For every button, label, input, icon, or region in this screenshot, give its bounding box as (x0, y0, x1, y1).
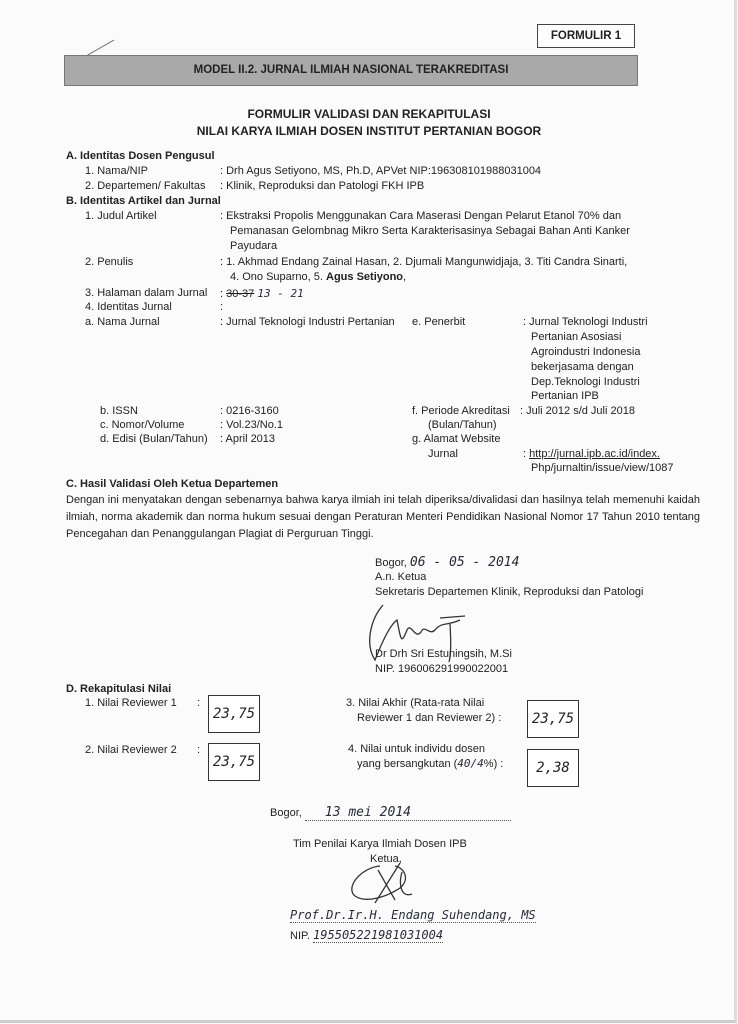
footer-date-line: Bogor, 13 mei 2014 (270, 805, 511, 821)
judul-label: 1. Judul Artikel (85, 210, 157, 222)
halaman-colon: : (220, 288, 223, 300)
footer-place: Bogor, (270, 807, 302, 819)
reviewer2-colon: : (197, 744, 200, 756)
individu-fraction: 40/4 (457, 757, 484, 770)
website-label: g. Alamat Website (412, 433, 500, 445)
section-c-heading: C. Hasil Validasi Oleh Ketua Departemen (66, 478, 278, 490)
nilai-akhir-score: 23,75 (527, 700, 579, 738)
validator-nip: NIP. 196006291990022001 (375, 663, 508, 675)
halaman-label: 3. Halaman dalam Jurnal (85, 287, 207, 299)
section-a-heading: A. Identitas Dosen Pengusul (66, 150, 215, 162)
edisi-label: d. Edisi (Bulan/Tahun) (100, 433, 208, 445)
document-title: FORMULIR VALIDASI DAN REKAPITULASI (0, 107, 738, 121)
reviewer2-score: 23,75 (208, 743, 260, 781)
form-number-label: FORMULIR 1 (537, 24, 635, 48)
departemen-label: 2. Departemen/ Fakultas (85, 180, 205, 192)
document-page: FORMULIR 1 MODEL II.2. JURNAL ILMIAH NAS… (0, 0, 737, 1023)
individu-suffix: %) : (484, 758, 504, 770)
nilai-akhir-label-1: 3. Nilai Akhir (Rata-rata Nilai (346, 697, 484, 709)
departemen-value: : Klinik, Reproduksi dan Patologi FKH IP… (220, 180, 424, 192)
section-b-heading: B. Identitas Artikel dan Jurnal (66, 195, 221, 207)
judul-line-3: Payudara (230, 240, 277, 252)
ketua-nip-prefix: NIP. (290, 930, 310, 942)
judul-line-1: : Ekstraksi Propolis Menggunakan Cara Ma… (220, 210, 621, 222)
ketua-signature-icon (340, 858, 450, 908)
identitas-colon: : (220, 301, 223, 313)
nilai-individu-label-2: yang bersangkutan (40/4%) : (357, 757, 503, 770)
nama-nip-label: 1. Nama/NIP (85, 165, 148, 177)
nama-nip-value: : Drh Agus Setiyono, MS, Ph.D, APVet NIP… (220, 165, 541, 177)
penerbit-line-3: Agroindustri Indonesia (531, 346, 640, 358)
an-ketua: A.n. Ketua (375, 571, 426, 583)
ketua-nip-value: 195505221981031004 (313, 928, 443, 943)
website-line-2: Php/jurnaltin/issue/view/1087 (531, 462, 673, 474)
penulis-prefix: 4. Ono Suparno, 5. (230, 271, 326, 283)
penerbit-line-2: Pertanian Asosiasi (531, 331, 622, 343)
penulis-highlight: Agus Setiyono (326, 271, 403, 283)
nomor-label: c. Nomor/Volume (100, 419, 184, 431)
validator-position: Sekretaris Departemen Klinik, Reproduksi… (375, 586, 643, 598)
reviewer1-label: 1. Nilai Reviewer 1 (85, 697, 177, 709)
reviewer2-label: 2. Nilai Reviewer 2 (85, 744, 177, 756)
validation-date-line: Bogor, 06 - 05 - 2014 (375, 555, 519, 570)
website-sublabel: Jurnal (428, 448, 458, 460)
periode-label: f. Periode Akreditasi (412, 405, 510, 417)
penerbit-line-6: Pertanian IPB (531, 390, 599, 402)
reviewer1-score: 23,75 (208, 695, 260, 733)
nilai-akhir-label-2: Reviewer 1 dan Reviewer 2) : (357, 712, 501, 724)
penulis-line-1: : 1. Akhmad Endang Zainal Hasan, 2. Djum… (220, 256, 627, 268)
ketua-name-text: Prof.Dr.Ir.H. Endang Suhendang, MS (290, 908, 536, 923)
validation-statement: Dengan ini menyatakan dengan sebenarnya … (66, 492, 700, 543)
section-d-heading: D. Rekapitulasi Nilai (66, 683, 171, 695)
reviewer1-colon: : (197, 697, 200, 709)
halaman-value: : 30-37 13 - 21 (220, 287, 304, 300)
penulis-suffix: , (403, 271, 406, 283)
team-label: Tim Penilai Karya Ilmiah Dosen IPB (293, 838, 467, 850)
penulis-line-2: 4. Ono Suparno, 5. Agus Setiyono, (230, 271, 406, 283)
footer-date: 13 mei 2014 (305, 805, 511, 821)
judul-line-2: Pemanasan Gelombnag Mikro Serta Karakter… (230, 225, 630, 237)
penerbit-line-4: bekerjasama dengan (531, 361, 634, 373)
ketua-nip: NIP. 195505221981031004 (290, 928, 443, 943)
website-value: : http://jurnal.ipb.ac.id/index. (523, 448, 660, 460)
issn-value: : 0216-3160 (220, 405, 279, 417)
periode-value: : Juli 2012 s/d Juli 2018 (520, 405, 635, 417)
validator-name: Dr Drh Sri Estuningsih, M.Si (375, 648, 512, 660)
identitas-label: 4. Identitas Jurnal (85, 301, 172, 313)
nomor-value: : Vol.23/No.1 (220, 419, 283, 431)
penerbit-line-1: : Jurnal Teknologi Industri (523, 316, 648, 328)
nama-jurnal-label: a. Nama Jurnal (85, 316, 160, 328)
penerbit-label: e. Penerbit (412, 316, 465, 328)
issn-label: b. ISSN (100, 405, 138, 417)
edisi-value: : April 2013 (220, 433, 275, 445)
halaman-handwritten: 13 - 21 (257, 287, 303, 300)
validation-place: Bogor, (375, 557, 407, 569)
individu-prefix: yang bersangkutan ( (357, 758, 457, 770)
validation-date: 06 - 05 - 2014 (410, 555, 520, 570)
website-link[interactable]: http://jurnal.ipb.ac.id/index. (529, 448, 660, 460)
document-subtitle: NILAI KARYA ILMIAH DOSEN INSTITUT PERTAN… (0, 124, 738, 138)
nama-jurnal-value: : Jurnal Teknologi Industri Pertanian (220, 316, 395, 328)
periode-sublabel: (Bulan/Tahun) (428, 419, 497, 431)
nilai-individu-score: 2,38 (527, 749, 579, 787)
penerbit-line-5: Dep.Teknologi Industri (531, 376, 640, 388)
penulis-label: 2. Penulis (85, 256, 133, 268)
nilai-individu-label-1: 4. Nilai untuk individu dosen (348, 743, 485, 755)
model-banner: MODEL II.2. JURNAL ILMIAH NASIONAL TERAK… (64, 55, 638, 86)
halaman-struck: 30-37 (226, 288, 254, 300)
ketua-name: Prof.Dr.Ir.H. Endang Suhendang, MS (290, 908, 536, 923)
